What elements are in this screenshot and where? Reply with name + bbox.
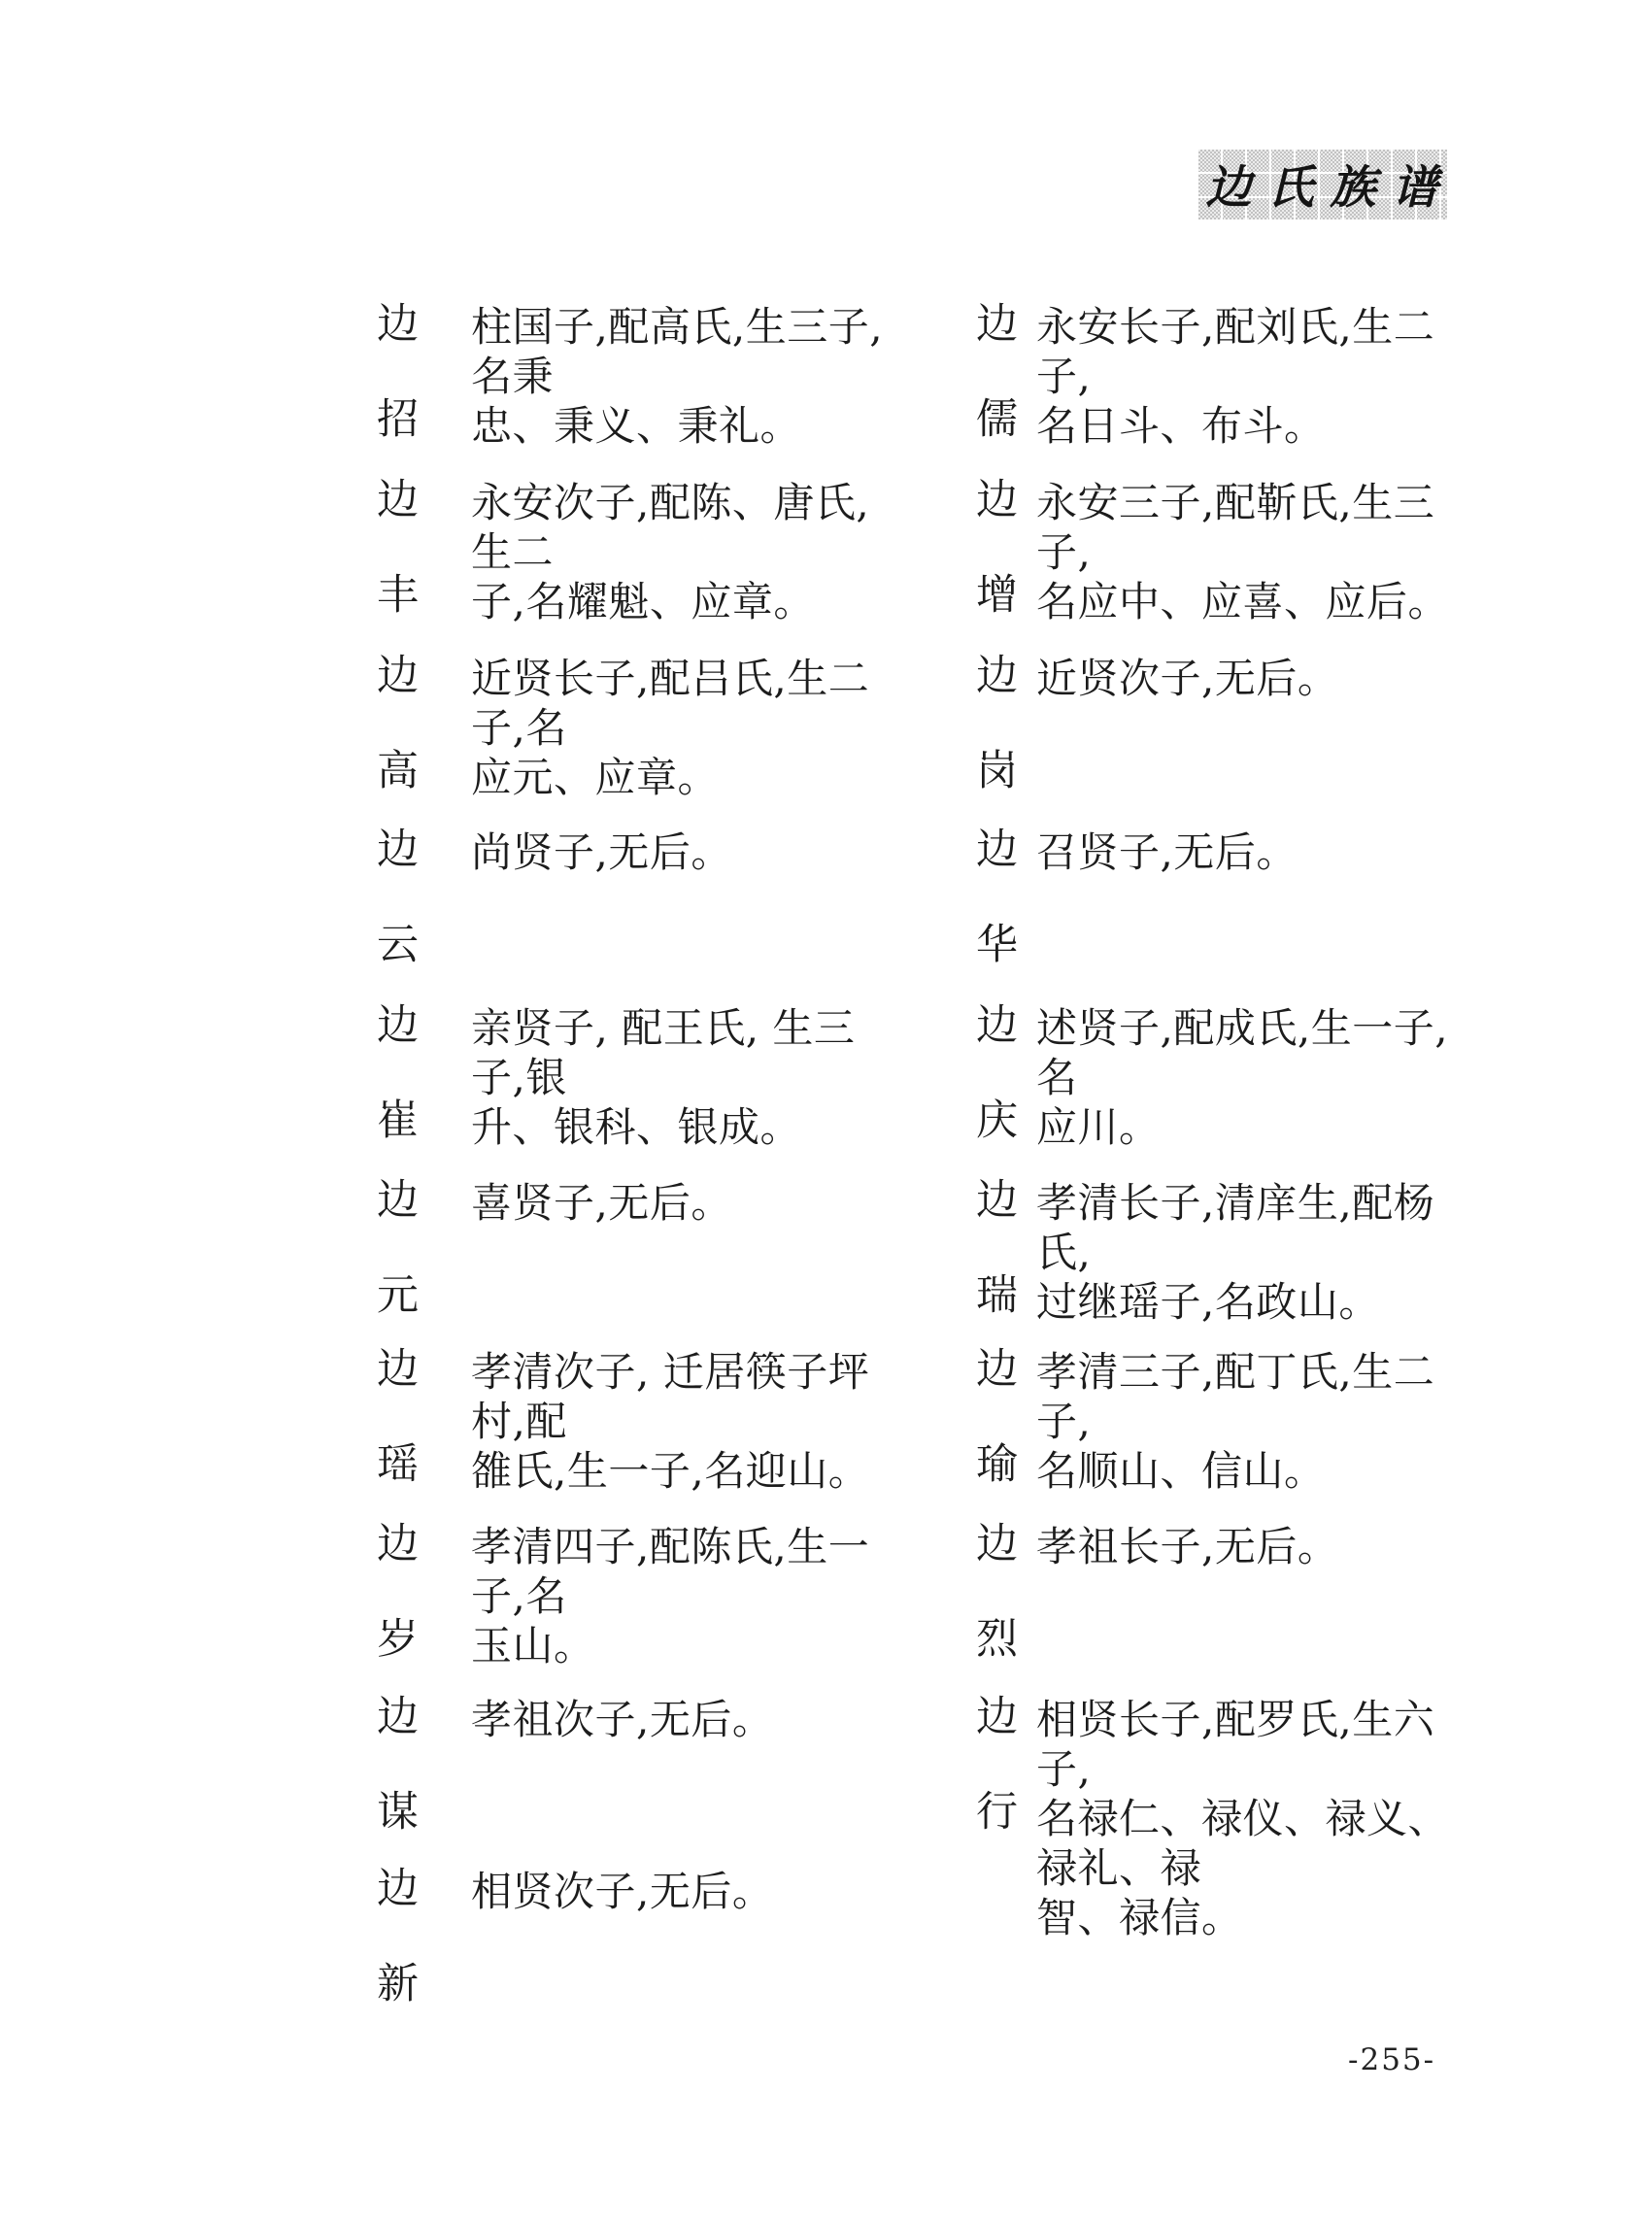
entry-given-name: 招: [377, 399, 419, 441]
page-header-title: 边氏族谱: [1206, 152, 1455, 217]
entry-surname: 边: [976, 480, 1018, 522]
genealogy-entry: 边 瑶 孝清次子, 迁居筷子坪村,配 雒氏,生一子,名迎山。: [377, 1347, 909, 1496]
entry-given-name: 谋: [377, 1792, 419, 1834]
genealogy-entry: 边 华 召贤子,无后。: [976, 827, 1471, 877]
genealogy-entry: 边 丰 永安次子,配陈、唐氏,生二 子,名耀魁、应章。: [377, 478, 909, 626]
entry-given-name: 瑜: [976, 1444, 1018, 1486]
genealogy-entry: 边 瑞 孝清长子,清庠生,配杨氏, 过继瑶子,名政山。: [976, 1178, 1471, 1327]
entry-surname: 边: [377, 656, 419, 697]
entry-surname: 边: [377, 1180, 419, 1222]
genealogy-entry: 边 烈 孝祖长子,无后。: [976, 1522, 1471, 1571]
entry-given-name: 新: [377, 1964, 419, 2006]
entry-surname: 边: [377, 304, 419, 346]
genealogy-page: 边氏族谱 边 招 柱国子,配高氏,生三子,名秉 忠、秉义、秉礼。 边 丰 永安次…: [0, 0, 1652, 2226]
entry-given-name: 华: [976, 925, 1018, 966]
entry-given-name: 增: [976, 575, 1018, 617]
genealogy-entry: 边 增 永安三子,配靳氏,生三子, 名应中、应喜、应后。: [976, 478, 1471, 626]
entry-surname: 边: [976, 304, 1018, 346]
entry-description: 孝祖长子,无后。: [1036, 1522, 1471, 1571]
entry-given-name: 瑶: [377, 1444, 419, 1486]
entry-given-name: 云: [377, 925, 419, 966]
entry-given-name: 儒: [976, 399, 1018, 441]
page-number: -255-: [1348, 2042, 1435, 2077]
entry-description: 相贤次子,无后。: [471, 1867, 909, 1916]
genealogy-entry: 边 庆 述贤子,配成氏,生一子,名 应川。: [976, 1003, 1471, 1152]
entry-given-name: 瑞: [976, 1275, 1018, 1317]
entry-given-name: 行: [976, 1792, 1018, 1834]
genealogy-entry: 边 高 近贤长子,配吕氏,生二子,名 应元、应章。: [377, 654, 909, 802]
entry-given-name: 丰: [377, 575, 419, 617]
entry-description: 亲贤子, 配王氏, 生三子,银 升、银科、银成。: [471, 1003, 909, 1152]
entry-surname: 边: [976, 1524, 1018, 1566]
entry-description: 柱国子,配高氏,生三子,名秉 忠、秉义、秉礼。: [471, 302, 909, 451]
entry-description: 召贤子,无后。: [1036, 827, 1471, 877]
genealogy-entry: 边 招 柱国子,配高氏,生三子,名秉 忠、秉义、秉礼。: [377, 302, 909, 451]
entry-description: 孝清四子,配陈氏,生一子,名 玉山。: [471, 1522, 909, 1670]
entry-surname: 边: [976, 829, 1018, 871]
entry-surname: 边: [976, 656, 1018, 697]
entry-given-name: 烈: [976, 1619, 1018, 1661]
page-header-banner: 边氏族谱: [1197, 148, 1447, 219]
entry-surname: 边: [976, 1005, 1018, 1047]
entry-description: 述贤子,配成氏,生一子,名 应川。: [1036, 1003, 1471, 1152]
entry-surname: 边: [377, 1005, 419, 1047]
entry-description: 孝祖次子,无后。: [471, 1695, 909, 1744]
entry-description: 孝清三子,配丁氏,生二子, 名顺山、信山。: [1036, 1347, 1471, 1496]
entry-given-name: 庆: [976, 1100, 1018, 1142]
entry-description: 永安三子,配靳氏,生三子, 名应中、应喜、应后。: [1036, 478, 1471, 626]
entry-description: 近贤长子,配吕氏,生二子,名 应元、应章。: [471, 654, 909, 802]
genealogy-entry: 边 新 相贤次子,无后。: [377, 1867, 909, 1916]
entry-description: 近贤次子,无后。: [1036, 654, 1471, 703]
entry-surname: 边: [377, 829, 419, 871]
genealogy-entry: 边 云 尚贤子,无后。: [377, 827, 909, 877]
entry-description: 永安长子,配刘氏,生二子, 名日斗、布斗。: [1036, 302, 1471, 451]
entry-description: 孝清次子, 迁居筷子坪村,配 雒氏,生一子,名迎山。: [471, 1347, 909, 1496]
entry-surname: 边: [976, 1697, 1018, 1738]
entry-surname: 边: [976, 1349, 1018, 1391]
entry-surname: 边: [377, 1524, 419, 1566]
entry-given-name: 高: [377, 751, 419, 793]
genealogy-entry: 边 岗 近贤次子,无后。: [976, 654, 1471, 703]
entry-description: 喜贤子,无后。: [471, 1178, 909, 1228]
entry-given-name: 岁: [377, 1619, 419, 1661]
entry-description: 相贤长子,配罗氏,生六子, 名禄仁、禄仪、禄义、禄礼、禄 智、禄信。: [1036, 1695, 1471, 1942]
genealogy-entry: 边 行 相贤长子,配罗氏,生六子, 名禄仁、禄仪、禄义、禄礼、禄 智、禄信。: [976, 1695, 1471, 1942]
genealogy-entry: 边 岁 孝清四子,配陈氏,生一子,名 玉山。: [377, 1522, 909, 1670]
entry-surname: 边: [377, 1349, 419, 1391]
entry-surname: 边: [377, 1697, 419, 1738]
entry-surname: 边: [377, 1869, 419, 1910]
genealogy-entry: 边 瑜 孝清三子,配丁氏,生二子, 名顺山、信山。: [976, 1347, 1471, 1496]
entry-description: 尚贤子,无后。: [471, 827, 909, 877]
entry-given-name: 崔: [377, 1100, 419, 1142]
entry-surname: 边: [377, 480, 419, 522]
entry-given-name: 元: [377, 1275, 419, 1317]
entry-surname: 边: [976, 1180, 1018, 1222]
entry-description: 孝清长子,清庠生,配杨氏, 过继瑶子,名政山。: [1036, 1178, 1471, 1327]
genealogy-entry: 边 元 喜贤子,无后。: [377, 1178, 909, 1228]
genealogy-entry: 边 谋 孝祖次子,无后。: [377, 1695, 909, 1744]
entry-given-name: 岗: [976, 751, 1018, 793]
entry-description: 永安次子,配陈、唐氏,生二 子,名耀魁、应章。: [471, 478, 909, 626]
genealogy-entry: 边 崔 亲贤子, 配王氏, 生三子,银 升、银科、银成。: [377, 1003, 909, 1152]
genealogy-entry: 边 儒 永安长子,配刘氏,生二子, 名日斗、布斗。: [976, 302, 1471, 451]
